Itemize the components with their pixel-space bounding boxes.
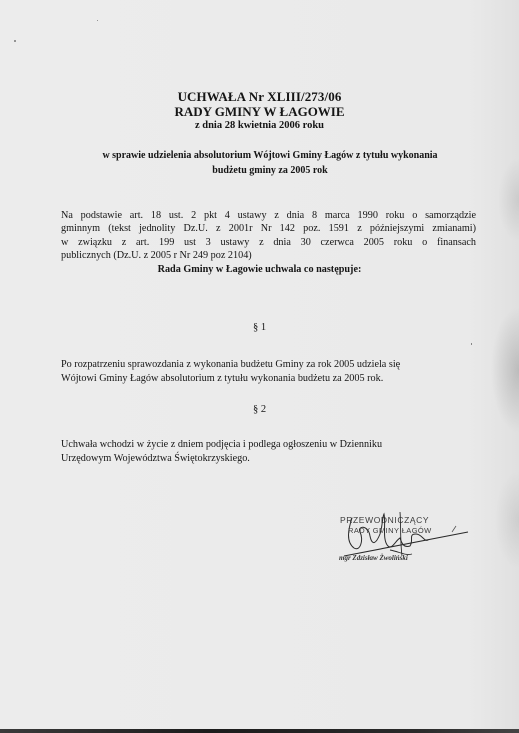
section-1-heading: § 1 <box>0 322 519 333</box>
scanned-page: UCHWAŁA Nr XLIII/273/06 RADY GMINY W ŁAG… <box>0 0 519 733</box>
legal-basis-line: gminnym (tekst jednolity Dz.U. z 2001r N… <box>61 222 476 235</box>
signature-stamp: PRZEWODNICZĄCY RADY GMINY ŁAGÓW mgr Zdzi… <box>330 510 480 580</box>
section-line: Urzędowym Województwa Świętokrzyskiego. <box>61 452 491 466</box>
scan-speck <box>471 343 472 345</box>
resolution-header: UCHWAŁA Nr XLIII/273/06 RADY GMINY W ŁAG… <box>0 89 519 133</box>
section-2-text: Uchwała wchodzi w życie z dniem podjęcia… <box>61 438 491 466</box>
legal-basis-line: publicznych (Dz.U. z 2005 r Nr 249 poz 2… <box>61 249 476 262</box>
section-line: Wójtowi Gminy Łagów absolutorium z tytuł… <box>61 372 491 386</box>
section-line: Uchwała wchodzi w życie z dniem podjęcia… <box>61 438 491 452</box>
resolution-date: z dnia 28 kwietnia 2006 roku <box>0 119 519 133</box>
scan-speck <box>14 40 16 42</box>
section-1-text: Po rozpatrzeniu sprawozdania z wykonania… <box>61 358 491 386</box>
legal-basis-paragraph: Na podstawie art. 18 ust. 2 pkt 4 ustawy… <box>61 209 476 263</box>
handwritten-signature-icon <box>330 510 480 580</box>
section-2-heading: § 2 <box>0 404 519 415</box>
subject-line: w sprawie udzielenia absolutorium Wójtow… <box>40 148 500 163</box>
council-name: RADY GMINY W ŁAGOWIE <box>0 104 519 119</box>
section-line: Po rozpatrzeniu sprawozdania z wykonania… <box>61 358 491 372</box>
resolves-statement: Rada Gminy w Łagowie uchwala co następuj… <box>0 263 519 276</box>
resolution-number: UCHWAŁA Nr XLIII/273/06 <box>0 89 519 104</box>
scan-bottom-edge <box>0 729 519 733</box>
scan-speck <box>97 20 98 21</box>
subject-line: budżetu gminy za 2005 rok <box>40 163 500 178</box>
resolution-subject: w sprawie udzielenia absolutorium Wójtow… <box>40 148 500 178</box>
legal-basis-line: Na podstawie art. 18 ust. 2 pkt 4 ustawy… <box>61 209 476 222</box>
legal-basis-line: w związku z art. 199 ust 3 ustawy z dnia… <box>61 236 476 249</box>
